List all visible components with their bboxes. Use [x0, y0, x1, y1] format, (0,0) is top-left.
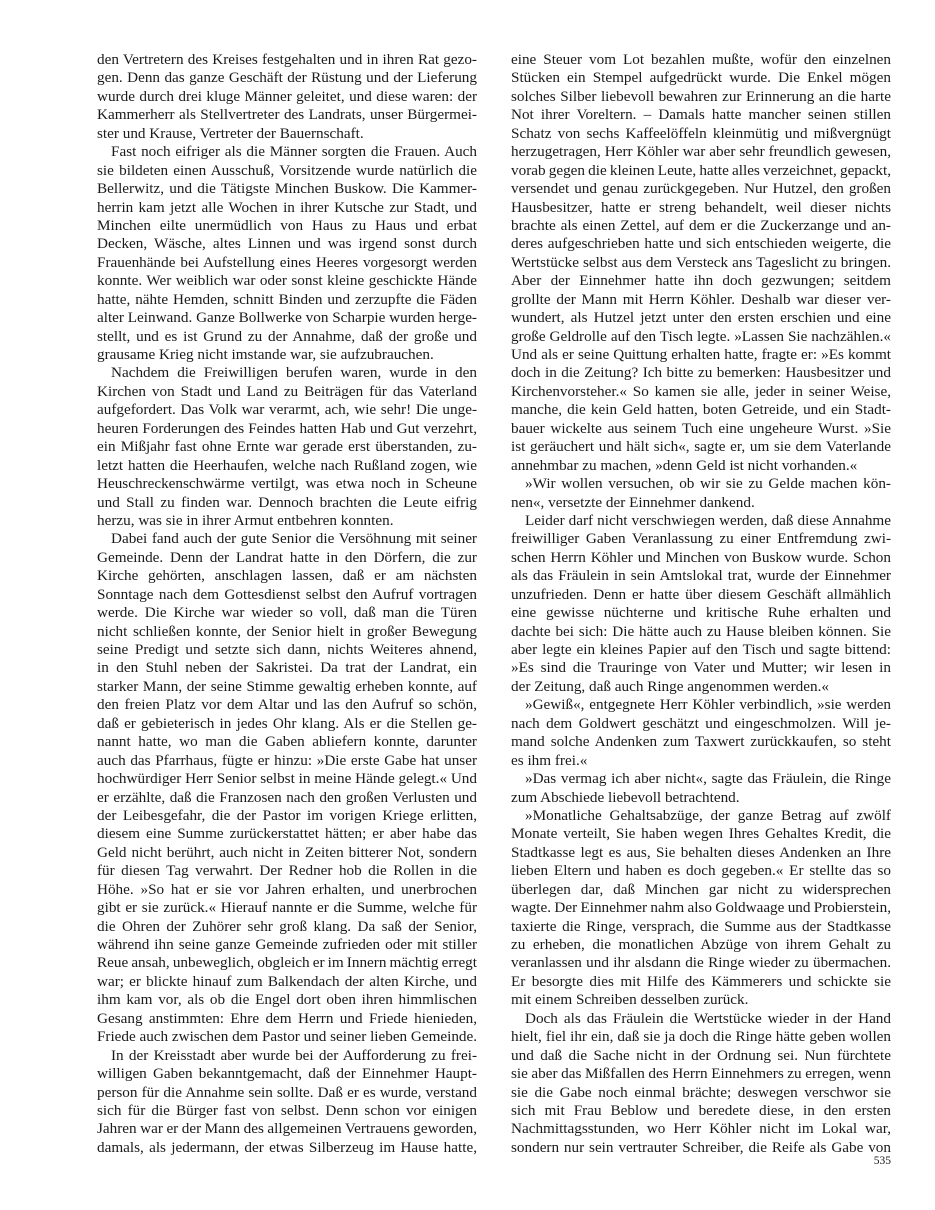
text-line: taxierte die Ringe, versprach, die Summe…: [511, 918, 891, 936]
text-line: Kammerherr als Stellvertreter des Landra…: [97, 106, 477, 124]
text-line: in den Stuhl neben der Sakristei. Da tra…: [97, 659, 477, 677]
text-line: Doch als das Fräulein die Wertstücke wie…: [511, 1010, 891, 1028]
text-line: damals, als jedermann, der etwas Silberz…: [97, 1139, 477, 1157]
text-line: zum Abschiede liebevoll betrachtend.: [511, 789, 891, 807]
text-line: für diesen Tag verwahrt. Der Redner hob …: [97, 862, 477, 880]
text-line: Jahren war er der Mann des allgemeinen V…: [97, 1120, 477, 1138]
text-line: grausame Krieg nicht imstande war, sie a…: [97, 346, 477, 364]
text-line: Er besorgte dies mit Hilfe des Kämmerers…: [511, 973, 891, 991]
text-line: Kirche gehörten, anschlagen lassen, daß …: [97, 567, 477, 585]
text-line: ster und Krause, Vertreter der Bauernsch…: [97, 125, 477, 143]
text-line: ist geräuchert und hält sich«, sagte er,…: [511, 438, 891, 456]
text-line: sie aber das Mißfallen des Herrn Einnehm…: [511, 1065, 891, 1083]
text-line: herzu, was sie in ihrer Armut entbehren …: [97, 512, 477, 530]
text-line: Gesang anstimmten: Ehre dem Herrn und Fr…: [97, 1010, 477, 1028]
text-line: und daß die Sache nicht in der Ordnung s…: [511, 1047, 891, 1065]
text-line: versendet und genau zurückgegeben. Nur H…: [511, 180, 891, 198]
text-line: Leider darf nicht verschwiegen werden, d…: [511, 512, 891, 530]
text-line: Monate verteilt, Sie haben wegen Ihres G…: [511, 825, 891, 843]
text-line: manche, die kein Geld hatten, boten Getr…: [511, 401, 891, 419]
text-line: grollte der Mann mit Herrn Köhler. Desha…: [511, 291, 891, 309]
text-line: sich für die Bürger fast von selbst. Den…: [97, 1102, 477, 1120]
text-line: nen«, versetzte der Einnehmer dankend.: [511, 494, 891, 512]
text-line: gibt er sie zurück.« Hierauf nannte er d…: [97, 899, 477, 917]
text-line: Kirchenvorsteher.« So kamen sie alle, je…: [511, 383, 891, 401]
text-line: überlegen dar, daß Minchen gar nicht zu …: [511, 881, 891, 899]
text-line: lieben Eltern und haben es doch gegeben.…: [511, 862, 891, 880]
text-line: den freien Platz vor dem Altar und las d…: [97, 696, 477, 714]
text-line: mit einem Schreiben desselben zurück.: [511, 991, 891, 1009]
text-line: während ihn seine ganze Gemeinde zufried…: [97, 936, 477, 954]
text-line: sich mit Frau Beblow und beredete diese,…: [511, 1102, 891, 1120]
text-line: Frauenhände bei Aufstellung eines Heeres…: [97, 254, 477, 272]
text-line: nicht schließen konnte, der Senior hielt…: [97, 623, 477, 641]
text-line: »Monatliche Gehaltsabzüge, der ganze Bet…: [511, 807, 891, 825]
text-line: »Wir wollen versuchen, ob wir sie zu Gel…: [511, 475, 891, 493]
text-line: vorab gegen die kleinen Leute, hatte all…: [511, 162, 891, 180]
text-line: solches Silber liebevoll bewahren zur Er…: [511, 88, 891, 106]
text-line: aufgefordert. Das Volk war verarmt, ach,…: [97, 401, 477, 419]
text-line: als das Fräulein in sein Amtslokal trat,…: [511, 567, 891, 585]
text-line: Geld nicht berührt, auch nicht in Zeiten…: [97, 844, 477, 862]
text-line: Hausbesitzer, hatte er streng behandelt,…: [511, 199, 891, 217]
text-line: letzt hatten die Heerhaufen, welche nach…: [97, 457, 477, 475]
text-line: Heuschreckenschwärme vertilgt, was etwa …: [97, 475, 477, 493]
text-line: Schatz von sechs Kaffeelöffeln kleinmüti…: [511, 125, 891, 143]
text-line: bauer wickelte aus seinem Tuch eine unge…: [511, 420, 891, 438]
text-line: daß er gebieterisch in jedes Ohr klang. …: [97, 715, 477, 733]
text-line: Höhe. »So hat er sie vor Jahren erhalten…: [97, 881, 477, 899]
right-text-column: eine Steuer vom Lot bezahlen mußte, wofü…: [511, 51, 891, 1157]
text-line: Stadtkasse legt es aus, Sie behalten die…: [511, 844, 891, 862]
text-line: und Stall zu finden war. Dennoch brachte…: [97, 494, 477, 512]
text-line: es ihm frei.«: [511, 752, 891, 770]
text-line: hielt, fiel ihr ein, daß sie ja doch die…: [511, 1028, 891, 1046]
text-line: doch in die Zeitung? Ich bitte zu bemerk…: [511, 364, 891, 382]
text-line: Not ihrer Voreltern. – Damals hatte manc…: [511, 106, 891, 124]
text-line: Friede auch zwischen dem Pastor und sein…: [97, 1028, 477, 1046]
text-line: alter Leinwand. Ganze Bollwerke von Scha…: [97, 309, 477, 327]
text-line: Kirchen von Stadt und Land zu Beiträgen …: [97, 383, 477, 401]
text-line: wundert, als Hutzel jetzt unter den erst…: [511, 309, 891, 327]
left-text-column: den Vertretern des Kreises festgehalten …: [97, 51, 477, 1157]
text-line: person für die Annahme sein sollte. Daß …: [97, 1084, 477, 1102]
text-line: gen. Denn das ganze Geschäft der Rüstung…: [97, 69, 477, 87]
text-line: Stücken ein Stempel aufgedrückt wurde. D…: [511, 69, 891, 87]
text-line: Gemeinde. Denn der Landrat hatte in den …: [97, 549, 477, 567]
text-line: er erzählte, daß die Franzosen nach den …: [97, 789, 477, 807]
text-line: der Leibesgefahr, die der Pastor im vori…: [97, 807, 477, 825]
text-line: starker Mann, der seine Stimme gewaltig …: [97, 678, 477, 696]
text-line: aber legte ein kleines Papier auf den Ti…: [511, 641, 891, 659]
text-line: seine Predigt und setzte sich dann, nich…: [97, 641, 477, 659]
text-line: diesem eine Summe zurückerstattet hätten…: [97, 825, 477, 843]
text-line: auch das Pfarrhaus, fügte er hinzu: »Die…: [97, 752, 477, 770]
text-line: nannt hatte, wo man die Gaben abliefern …: [97, 733, 477, 751]
text-line: Nachmittagsstunden, wo Herr Köhler nicht…: [511, 1120, 891, 1138]
text-line: den Vertretern des Kreises festgehalten …: [97, 51, 477, 69]
text-line: Fast noch eifriger als die Männer sorgte…: [97, 143, 477, 161]
text-line: Und als er seine Quittung erhalten hatte…: [511, 346, 891, 364]
text-line: ein Mißjahr fast ohne Ernte war gerade e…: [97, 438, 477, 456]
text-line: schen Herrn Köhler und Minchen von Busko…: [511, 549, 891, 567]
text-line: zu erheben, die monatlichen Abzüge von i…: [511, 936, 891, 954]
text-line: willigen Gaben bekanntgemacht, daß der E…: [97, 1065, 477, 1083]
text-line: »Gewiß«, entgegnete Herr Köhler verbindl…: [511, 696, 891, 714]
text-line: nach dem Goldwert geschätzt und eingesch…: [511, 715, 891, 733]
text-line: »Es sind die Trauringe von Vater und Mut…: [511, 659, 891, 677]
text-line: Nachdem die Freiwilligen berufen waren, …: [97, 364, 477, 382]
text-line: herrin kam jetzt alle Wochen in ihrer Ku…: [97, 199, 477, 217]
text-line: Wertstücke selbst aus dem Versteck ans T…: [511, 254, 891, 272]
text-line: Aber der Einnehmer hatte ihn doch gezwun…: [511, 272, 891, 290]
text-line: mand solche Andenken zum Taxwert zurückk…: [511, 733, 891, 751]
text-line: Sonntage nach dem Gottesdienst selbst de…: [97, 586, 477, 604]
text-line: freiwilliger Gaben Veranlassung zu einer…: [511, 530, 891, 548]
text-line: die Ohren der Zuhörer sehr groß klang. D…: [97, 918, 477, 936]
text-line: Dabei fand auch der gute Senior die Vers…: [97, 530, 477, 548]
text-line: Reue ansah, unbeweglich, obgleich er im …: [97, 954, 477, 972]
text-line: wurde durch drei kluge Männer geleitet, …: [97, 88, 477, 106]
text-line: dachte bei sich: Die hätte auch zu Hause…: [511, 623, 891, 641]
text-line: der Zeitung, daß auch Ringe angenommen w…: [511, 678, 891, 696]
text-line: herzugetragen, Herr Köhler war aber sehr…: [511, 143, 891, 161]
text-line: In der Kreisstadt aber wurde bei der Auf…: [97, 1047, 477, 1065]
text-line: ihm kam vor, als ob die Engel dort oben …: [97, 991, 477, 1009]
text-line: sie die Gabe noch einmal brächte; desweg…: [511, 1084, 891, 1102]
text-line: eine gewisse nüchterne und kritische Ruh…: [511, 604, 891, 622]
text-line: konnte. Wer weiblich war oder sonst klei…: [97, 272, 477, 290]
text-line: sie bildeten einen Ausschuß, Vorsitzende…: [97, 162, 477, 180]
text-line: war; er blickte hinauf zum Balkendach de…: [97, 973, 477, 991]
text-line: annehmbar zu machen, »denn Geld ist nich…: [511, 457, 891, 475]
text-line: Decken, Wäsche, altes Linnen und was irg…: [97, 235, 477, 253]
text-line: brachte als einen Zettel, auf dem er die…: [511, 217, 891, 235]
text-line: hatte, nähte Hemden, schnitt Binden und …: [97, 291, 477, 309]
text-line: Bellerwitz, und die Tätigste Minchen Bus…: [97, 180, 477, 198]
text-line: Minchen eilte unermüdlich von Haus zu Ha…: [97, 217, 477, 235]
page-number: 535: [811, 1155, 891, 1167]
text-line: deres aufgeschrieben hatte und sich ents…: [511, 235, 891, 253]
text-line: veranlassen und ihr alsdann die Ringe wi…: [511, 954, 891, 972]
text-line: hochwürdiger Herr Senior selbst in meine…: [97, 770, 477, 788]
text-line: heuren Forderungen des Feindes hatten Ha…: [97, 420, 477, 438]
book-page: den Vertretern des Kreises festgehalten …: [0, 0, 935, 1210]
text-line: eine Steuer vom Lot bezahlen mußte, wofü…: [511, 51, 891, 69]
text-line: unzufrieden. Denn er hatte über diesem G…: [511, 586, 891, 604]
text-line: werde. Die Kirche war wieder so voll, da…: [97, 604, 477, 622]
text-line: wagte. Der Einnehmer nahm also Goldwaage…: [511, 899, 891, 917]
text-line: große Geldrolle auf den Tisch legte. »La…: [511, 328, 891, 346]
text-line: stellt, und es ist Grund zu der Annahme,…: [97, 328, 477, 346]
text-line: »Das vermag ich aber nicht«, sagte das F…: [511, 770, 891, 788]
